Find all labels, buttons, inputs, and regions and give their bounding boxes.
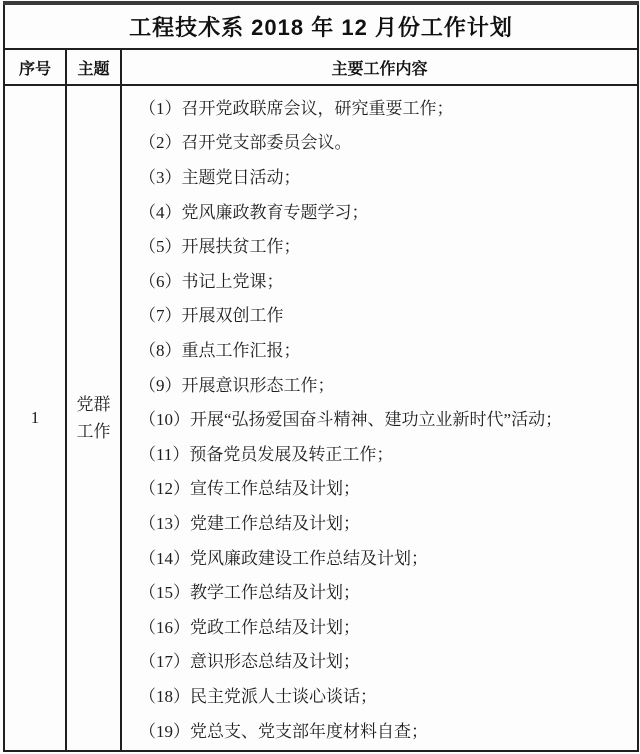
work-item: （14）党风廉政建设工作总结及计划； <box>139 542 631 577</box>
row-theme-cell: 党群 工作 <box>66 85 121 751</box>
work-item: （17）意识形态总结及计划； <box>139 645 631 680</box>
work-item: （3）主题党日活动； <box>139 161 631 196</box>
work-item: （15）教学工作总结及计划； <box>139 576 631 611</box>
work-item: （10）开展“弘扬爱国奋斗精神、建功立业新时代”活动； <box>139 403 631 438</box>
document-title: 工程技术系 2018 年 12 月份工作计划 <box>4 3 638 49</box>
work-item: （19）党总支、党支部年度材料自查； <box>139 715 631 750</box>
column-header-index: 序号 <box>4 49 66 85</box>
work-plan-table: 工程技术系 2018 年 12 月份工作计划 序号 主题 主要工作内容 1 党群… <box>3 1 639 752</box>
table-row: 1 党群 工作 （1）召开党政联席会议，研究重要工作；（2）召开党支部委员会议。… <box>4 85 638 751</box>
row-content-cell: （1）召开党政联席会议，研究重要工作；（2）召开党支部委员会议。（3）主题党日活… <box>121 85 638 751</box>
title-row: 工程技术系 2018 年 12 月份工作计划 <box>4 3 638 49</box>
work-items-list: （1）召开党政联席会议，研究重要工作；（2）召开党支部委员会议。（3）主题党日活… <box>122 87 637 749</box>
header-row: 序号 主题 主要工作内容 <box>4 49 638 85</box>
document-page: 工程技术系 2018 年 12 月份工作计划 序号 主题 主要工作内容 1 党群… <box>0 0 640 754</box>
work-item: （2）召开党支部委员会议。 <box>139 126 631 161</box>
work-item: （18）民主党派人士谈心谈话； <box>139 680 631 715</box>
row-index-cell: 1 <box>4 85 66 751</box>
work-item: （11）预备党员发展及转正工作； <box>139 438 631 473</box>
work-item: （1）召开党政联席会议，研究重要工作； <box>139 92 631 127</box>
column-header-content: 主要工作内容 <box>121 49 638 85</box>
work-item: （9）开展意识形态工作； <box>139 369 631 404</box>
work-item: （5）开展扶贫工作； <box>139 230 631 265</box>
work-item: （4）党风廉政教育专题学习； <box>139 196 631 231</box>
column-header-theme: 主题 <box>66 49 121 85</box>
work-item: （13）党建工作总结及计划； <box>139 507 631 542</box>
work-item: （7）开展双创工作 <box>139 299 631 334</box>
work-item: （8）重点工作汇报； <box>139 334 631 369</box>
work-item: （12）宣传工作总结及计划； <box>139 472 631 507</box>
work-item: （6）书记上党课； <box>139 265 631 300</box>
work-item: （16）党政工作总结及计划； <box>139 611 631 646</box>
